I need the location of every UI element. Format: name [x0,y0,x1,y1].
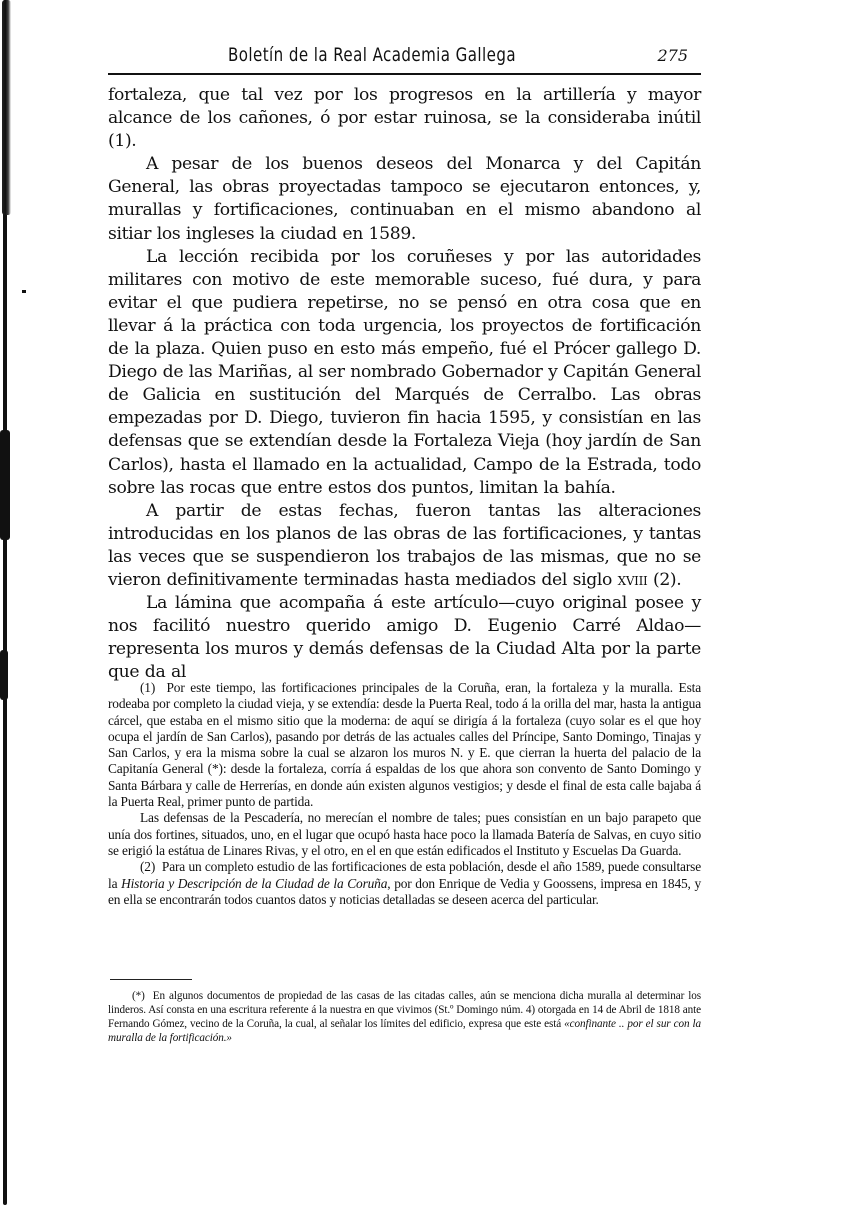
subnotes: (*) En algunos documentos de propiedad d… [108,989,701,1045]
paragraph: La lámina que acompaña á este artículo—c… [108,592,701,684]
page-number: 275 [657,46,688,65]
footnote-marker: (2) [140,859,155,874]
scan-binding-bump [0,430,10,540]
body-text: fortaleza, que tal vez por los progresos… [108,84,701,684]
footnote-marker: (1) [140,680,155,695]
footnotes: (1) Por este tiempo, las fortificaciones… [108,680,701,908]
paragraph: A partir de estas fechas, fueron tantas … [108,500,701,592]
footnote-1-continuation: Las defensas de la Pescadería, no merecí… [108,810,701,859]
scan-speck [22,290,26,293]
subnote-marker: (*) [132,990,145,1002]
scan-binding-bump [0,650,8,700]
paragraph: A pesar de los buenos deseos del Monarca… [108,153,701,245]
footnote-2: (2) Para un completo estudio de las fort… [108,859,701,908]
running-title: Boletín de la Real Academia Gallega [228,44,516,66]
paragraph: fortaleza, que tal vez por los progresos… [108,84,701,153]
header-rule [108,73,701,75]
subnote-separator [110,979,192,980]
paragraph-text: A partir de estas fechas, fueron tantas … [108,501,701,590]
footnote-1: (1) Por este tiempo, las fortificaciones… [108,680,701,810]
subnote-asterisk: (*) En algunos documentos de propiedad d… [108,989,701,1045]
footnote-ref: (2). [647,570,681,590]
scan-binding-shadow [2,0,11,215]
cited-work-title: Historia y Descripción de la Ciudad de l… [121,876,387,891]
paragraph: La lección recibida por los coruñeses y … [108,246,701,500]
running-head: Boletín de la Real Academia Gallega 275 [108,40,700,72]
century-numeral: xviii [618,570,648,590]
footnote-text: Por este tiempo, las fortificaciones pri… [108,680,701,809]
